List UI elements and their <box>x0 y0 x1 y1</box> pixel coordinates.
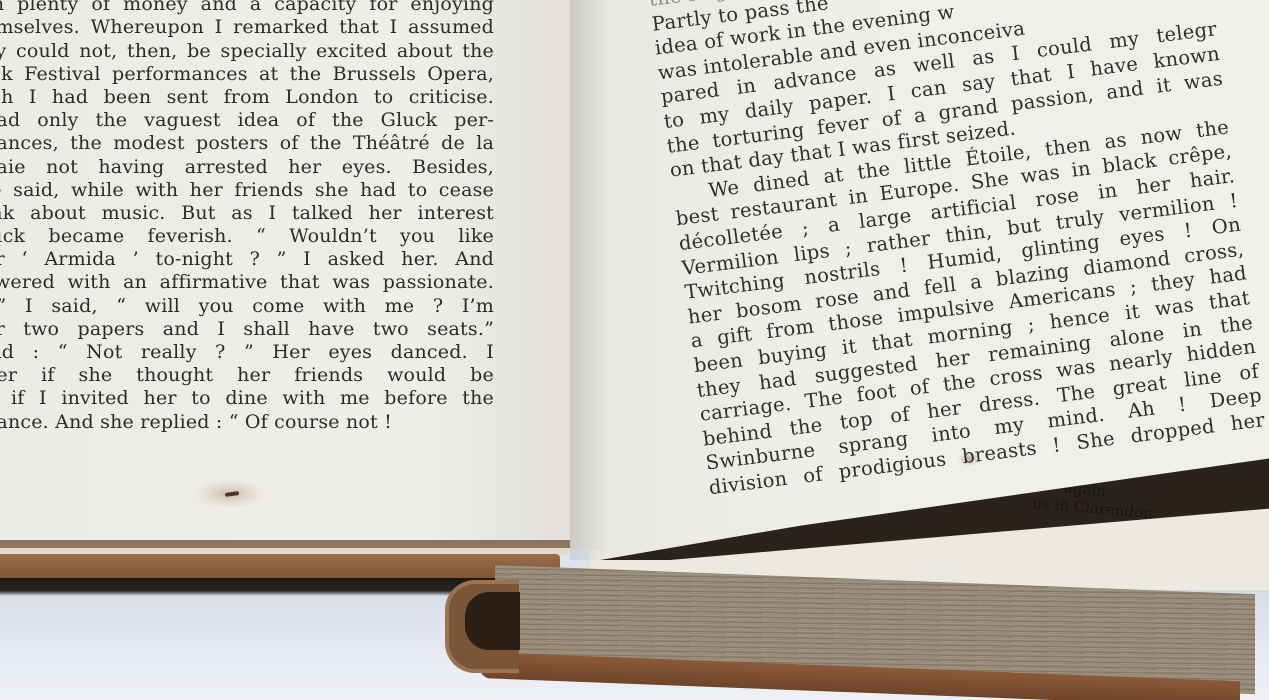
text-line: nance. And she replied : “ Of course not… <box>0 411 494 434</box>
text-line: ey could not, then, be specially excited… <box>0 40 494 63</box>
spine-hollow <box>465 592 520 650</box>
text-line: emselves. Whereupon I remarked that I as… <box>0 16 494 39</box>
text-line: naie not having arrested her eyes. Besid… <box>0 156 494 179</box>
text-line: ink about music. But as I talked her int… <box>0 202 494 225</box>
text-line: l,” I said, “ will you come with me ? I’… <box>0 295 494 318</box>
right-page-text: the fingers Partly to pass the idea of w… <box>650 0 1266 501</box>
text-line: luck became feverish. “ Wouldn’t you lik… <box>0 225 494 248</box>
text-line: th plenty of money and a capacity for en… <box>0 0 494 16</box>
page-gutter <box>570 0 610 560</box>
text-line: d if I invited her to dine with me befor… <box>0 387 494 410</box>
left-page: music ; they were, however, nice homely … <box>0 0 600 545</box>
text-line: aid : “ Not really ? ” Her eyes danced. … <box>0 341 494 364</box>
text-line: or two papers and I shall have two seats… <box>0 318 494 341</box>
text-line: ar ‘ Armida ’ to-night ? ” I asked her. … <box>0 248 494 271</box>
text-line: ıck Festival performances at the Brussel… <box>0 63 494 86</box>
text-line: swered with an affirmative that was pass… <box>0 271 494 294</box>
book-photo: music ; they were, however, nice homely … <box>0 0 1269 700</box>
text-line: her if she thought her friends would be <box>0 364 494 387</box>
text-line: nances, the modest posters of the Théâtr… <box>0 132 494 155</box>
left-page-text: music ; they were, however, nice homely … <box>0 0 494 434</box>
text-line: had only the vaguest idea of the Gluck p… <box>0 109 494 132</box>
text-line: ıe said, while with her friends she had … <box>0 179 494 202</box>
text-line: ich I had been sent from London to criti… <box>0 86 494 109</box>
